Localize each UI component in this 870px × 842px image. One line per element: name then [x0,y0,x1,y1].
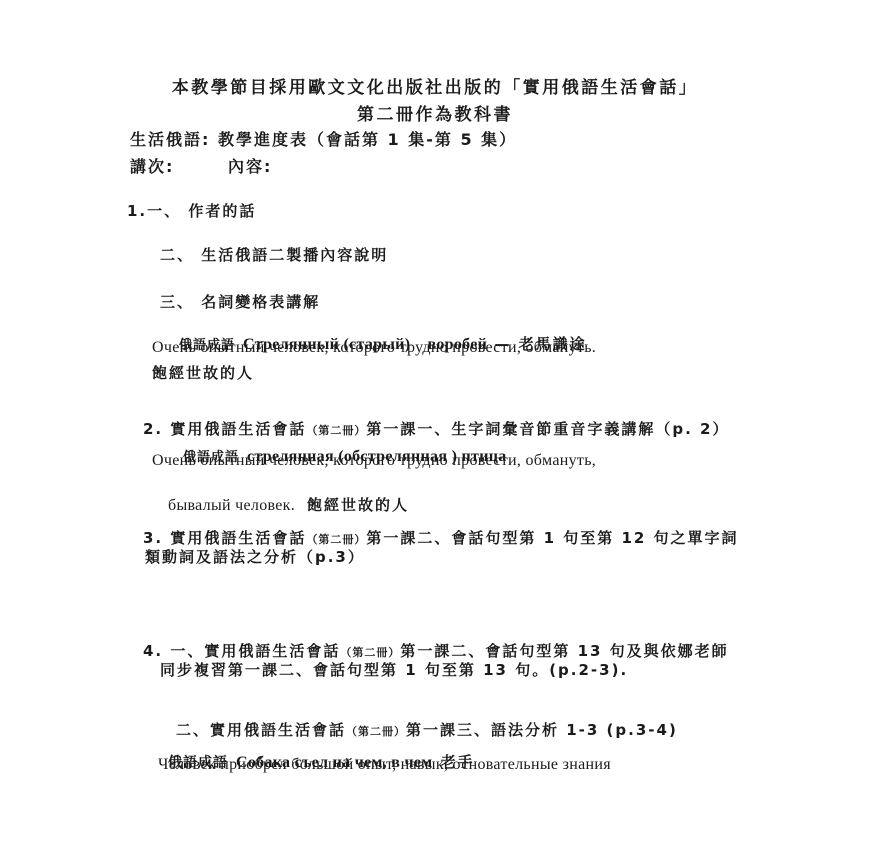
lesson1-item3: 三、 名詞變格表講解 [160,291,320,312]
lesson4-heading-line2: 同步複習第一課二、會話句型第 1 句至第 13 句。(p.2-3). [160,659,628,680]
lesson2-idiom-explanation-ru-1: Очень опытный человек, которого трудно п… [152,452,596,470]
doc-title-line-1: 本教學節目採用歐文文化出版社出版的「實用俄語生活會話」 [0,73,870,98]
lesson3-heading-pre: 3. 實用俄語生活會話 [143,529,306,547]
lesson4-heading-post: 第一課二、會話句型第 13 句及與依娜老師 [400,642,728,660]
schedule-subtitle: 生活俄語: 教學進度表（會話第 1 集-第 5 集） [130,127,517,150]
column-label-content: 內容: [228,154,272,177]
column-label-lecture: 講次: [130,154,174,177]
lesson4-volume-label: （第二冊） [340,646,400,659]
document-page: 本教學節目採用歐文文化出版社出版的「實用俄語生活會話」 第二冊作為教科書 生活俄… [0,0,870,842]
lesson3-volume-label: （第二冊） [306,533,366,546]
lesson1-idiom-explanation-ru: Очень опытный человек, которого трудно п… [152,339,596,357]
doc-title-line-2: 第二冊作為教科書 [0,100,870,125]
lesson3-heading-line2: 類動詞及語法之分析（p.3） [145,546,365,567]
lesson4-heading-pre: 4. 一、實用俄語生活會話 [143,642,340,660]
lesson1-idiom-explanation-cjk: 飽經世故的人 [152,362,254,383]
lesson4-idiom-explanation-ru: Человек приобрел большой опыт, навык, ос… [158,756,611,774]
lesson1-item1: 1.一、 作者的話 [127,200,256,221]
lesson1-item2: 二、 生活俄語二製播內容說明 [160,244,388,265]
lesson3-heading-post: 第一課二、會話句型第 1 句至第 12 句之單字詞 [366,529,738,547]
